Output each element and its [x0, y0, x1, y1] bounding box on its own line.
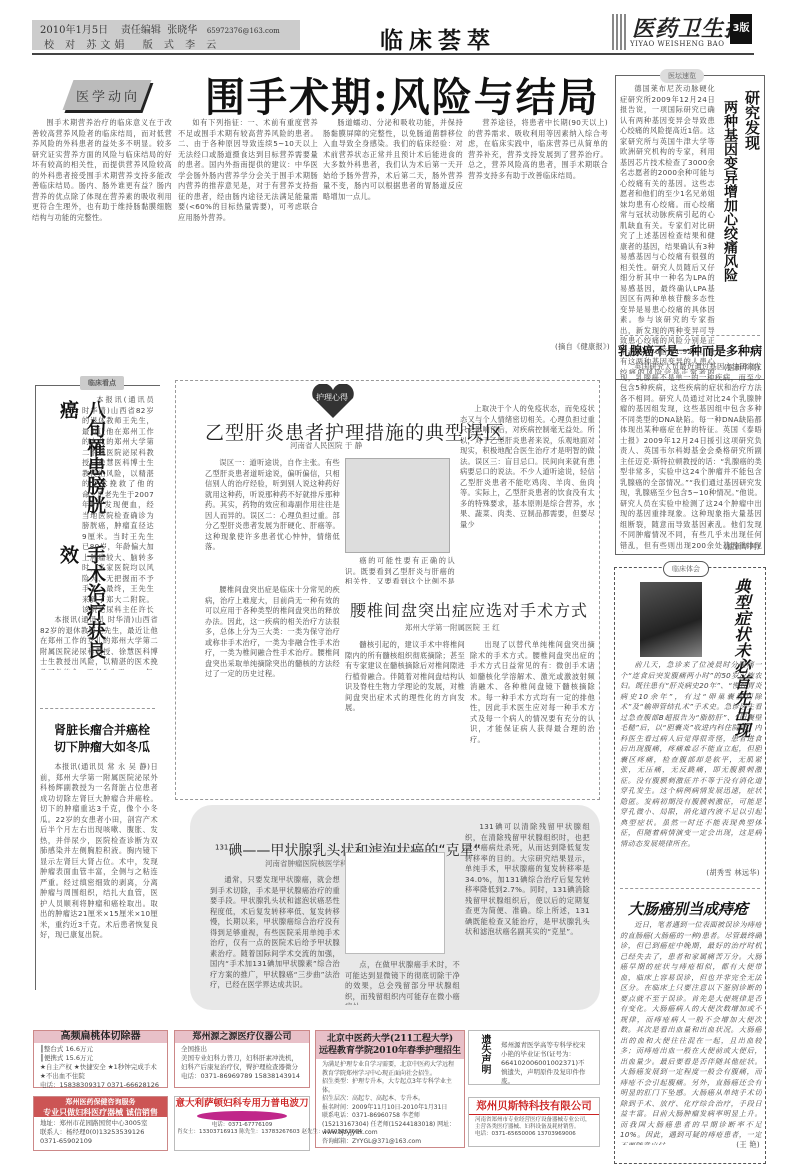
ad-line: 咨询邮箱：ZYYGL@371@163.com	[322, 1138, 458, 1147]
lost-notice-title: 遗失声明	[477, 1034, 492, 1074]
proofreader-name: 苏文娟	[86, 40, 128, 51]
ad-best-tech-body: 河南省郑州市专业经营医疗设备器械专业公司，主营各类医疗器械、妇科设备及耗材销售。…	[469, 1115, 599, 1140]
iodine-col-2: 点，在做甲状腺癌手术时，不可能达到显微镜下的彻底切除干净的效果，总会残留部分甲状…	[345, 960, 460, 1005]
hepatitis-col-3: 上取决于个人的免疫状态，而免疫状态又与个人情绪密切相关。心理负担过重只会影响预后…	[460, 404, 595, 584]
ad-line: 美国专业妇科力普刀，妇科肝素冲洗机，妇科产后康复治疗仪，臀护理检查器微分析仪，全…	[181, 1054, 303, 1072]
editor-label: 责任编辑	[121, 25, 161, 36]
ad-bucm-head: 北京中医药大学(211工程大学) 远程教育学院2010年春季护理招生	[316, 1031, 464, 1059]
ad-italian-knife-title: 意大利萨顿妇科专用力普电波刀	[175, 1097, 309, 1110]
colon-cancer-title: 大肠癌别当成痔疮	[628, 898, 748, 919]
lumbar-col-2: 髓核引起的，建议手术中将椎间隙内的所有髓核组织彻底摘除；甚至有专家建议在髓核摘除…	[345, 640, 465, 795]
section-tag: 医学动向	[76, 86, 140, 105]
kidney-title-a: 肾脏长瘤合并癌栓	[52, 722, 152, 739]
patient-photo	[640, 582, 702, 657]
ad-line: 电话：0371-86969789 15838143914	[181, 1072, 303, 1081]
ad-medical-supplies-body: 地址：郑州市花园路国贸中心3005室 联系人：杨经理0(0)1325353912…	[34, 1117, 167, 1148]
lumbar-byline: 郑州大学第一附属医院 王 红	[405, 622, 500, 633]
iodine-col-1: 通常，只要发现甲状腺癌，就会想到手术切除，手术是甲状腺癌治疗的重要手段。甲状腺乳…	[210, 875, 340, 1003]
ad-medical-supplies[interactable]: 郑州医药保健咨询服务 专业只做妇科医疗器械 诚信销售 地址：郑州市花园路国贸中心…	[33, 1096, 168, 1151]
ad-yuanzhiyuan-body: 全国推出 美国专业妇科力普刀，妇科肝素冲洗机，妇科产后康复治疗仪，臀护理检查器微…	[175, 1043, 309, 1083]
ad-tonsil-title: 高频扁桃体切除器	[34, 1031, 167, 1043]
genes-title-b: 两种基因变异增加心绞痛风险	[720, 100, 740, 340]
ad-italian-knife[interactable]: 意大利萨顿妇科专用力普电波刀 电话：0371-67776109 肖女士：1330…	[174, 1096, 310, 1151]
genes-title-a: 研究发现	[742, 90, 763, 150]
main-article-col-3: 肠道蠕动、分泌和吸收功能，并保持肠黏膜屏障的完整性，以免肠道菌群移位入血导致全身…	[323, 118, 463, 388]
bladder-body-cont: 本报讯(通讯员 时华清)山西省82岁的退休教师王先生，最近让他在郑州工作的女儿的…	[40, 615, 158, 670]
iodine-col-3: 131碘可以清除残留甲状腺组织，在清除残留甲状腺组织时，也把微小癌病灶杀死，从而…	[465, 822, 590, 1002]
lumbar-col-3: 出现了以替代单纯椎间盘突出摘除术的手术方式。腰椎间盘突出症的手术方式日益常见的有…	[470, 640, 595, 795]
ad-line: ┃便携式 15.6万元	[40, 1054, 161, 1063]
ad-line: 招生层次：高起专、高起本、专升本。	[322, 1095, 458, 1104]
ad-line: 河南省郑州市专业经营医疗设备器械专业公司，主营各类医疗器械、妇科设备及耗材销售。	[475, 1117, 593, 1131]
editor-email[interactable]: 65972376@163.com	[207, 27, 280, 35]
ad-medical-supplies-title: 郑州医药保健咨询服务	[34, 1097, 167, 1107]
ad-yuanzhiyuan-title: 郑州源之源医疗仪器公司	[175, 1031, 309, 1043]
main-article-col-2: 如有下列指征：一、术前有重度营养不足或围手术期有较高营养风险的患者。二、由于各种…	[178, 118, 318, 388]
colon-cancer-body: 近日，笔者遇到一位表面被误诊为痔疮的直肠癌(大肠癌的一种)患者。尽管最终确诊，但…	[620, 920, 762, 1145]
masthead-english: YIYAO WEISHENG BAO	[630, 40, 724, 48]
header-line-2: 校 对 苏文娟 版 式 李 云	[44, 36, 220, 51]
clinical-tag: 临床体会	[663, 561, 709, 577]
ad-line: 为满足护理专业自学习需要，北京中医药大学远程教育学院郑州学习中心现正面向社会招生…	[322, 1061, 458, 1078]
kidney-title: 肾脏长瘤合并癌栓 切下肿瘤大如冬瓜	[52, 722, 152, 756]
symptom-source: (胡秀雪 林远华)	[680, 868, 760, 879]
ad-tonsil[interactable]: 高频扁桃体切除器 ┃整台式 16.6万元 ┃便携式 15.6万元 ★自主产权 ★…	[33, 1030, 168, 1088]
ad-best-tech[interactable]: 郑州贝斯特科技有限公司 河南省郑州市专业经营医疗设备器械专业公司，主营各类医疗器…	[468, 1097, 600, 1147]
ad-tonsil-body: ┃整台式 16.6万元 ┃便携式 15.6万元 ★自主产权 ★快捷安全 ★1秒钟…	[34, 1043, 167, 1092]
kidney-body: 本报讯(通讯员 常 永 吴 静)日前，郑州大学第一附属医院泌尿外科杨辉副教授为一…	[40, 762, 158, 987]
main-article-source: (摘自《健康报》)	[540, 342, 610, 353]
header-rule	[32, 53, 754, 55]
ad-bucm-title: 北京中医药大学(211工程大学)	[316, 1033, 464, 1045]
ad-lost-notice[interactable]: 遗失声明 郑州源青医学高等专科学校宋小艳的毕业证书(证号为：6641020060…	[468, 1030, 600, 1085]
issue-date: 2010年1月5日	[40, 25, 108, 36]
hepatitis-col-2: 癌的可能性要有正确的认识。既要看到乙型肝炎与肝癌的相关性，又要看到这个比例不是很…	[345, 556, 455, 584]
ad-line: 招生类型：护理专升本，大专起点3年专科学业主体。	[322, 1078, 458, 1095]
ad-line: ★自主产权 ★快捷安全 ★1秒钟完成手术 ★不出血不住院	[40, 1063, 161, 1081]
iodine-superscript: 131	[215, 843, 228, 851]
ad-line: 电话：0371-65650006 13703969006	[475, 1131, 593, 1138]
divider	[40, 708, 155, 709]
ad-line: 地址：郑州市花园路国贸中心3005室	[40, 1119, 161, 1128]
ad-medical-supplies-subtitle: 专业只做妇科医疗器械 诚信销售	[34, 1107, 167, 1117]
header-line-1: 2010年1月5日 责任编辑 张晓华 65972376@163.com	[40, 21, 280, 36]
breast-cancer-title: 乳腺癌不是一种而是多种病	[618, 342, 762, 359]
ad-line: 联系人：杨经理0(0)13253539126 0371-65902109	[40, 1128, 161, 1146]
lumbar-col-1: 腰椎间盘突出症是临床十分常见的疾病，治疗上难度大，目前尚无一种有效的可以应用于各…	[205, 585, 340, 795]
ad-line: ┃整台式 16.6万元	[40, 1045, 161, 1054]
hepatitis-byline: 河南省人民医院 于 静	[290, 440, 362, 451]
ad-italian-knife-body: 电话：0371-67776109 肖女士：13303716913 陈先生：137…	[175, 1122, 309, 1136]
main-headline: 围手术期:风险与结局	[205, 66, 600, 123]
news-box-tag: 医坛速览	[660, 69, 704, 83]
lost-notice-body: 郑州源青医学高等专科学校宋小艳的毕业证书(证号为：664102006001002…	[495, 1039, 595, 1088]
main-article-col-4: 营养途径，将患者中长期(90天以上)的营养需求、吸收利用等因素纳入综合考虑，在临…	[468, 118, 608, 368]
divider	[620, 335, 760, 336]
ad-line: 全国推出	[181, 1045, 303, 1054]
hepatitis-col-1: 误区一：道听途说，自作主张。有些乙型肝炎患者道听途说，偏听偏信，只相信别人的治疗…	[205, 458, 340, 558]
divider	[620, 888, 760, 889]
bladder-body: 本报讯(通讯员 时华清)山西省82岁的退休教师王先生，最近让他在郑州工作的女儿的…	[82, 395, 154, 615]
liver-illustration	[345, 458, 450, 553]
doctor-cartoon-illustration	[345, 852, 445, 954]
layout-label: 版 式	[143, 40, 178, 51]
ad-best-tech-title: 郑州贝斯特科技有限公司	[469, 1098, 599, 1115]
breast-cancer-box	[615, 380, 765, 555]
lumbar-title: 腰椎间盘突出症应选对手术方式	[350, 598, 588, 621]
edition-badge: 3版	[730, 14, 752, 44]
main-article-col-1: 围手术期营养治疗的临床意义在于改善较高营养风险者的临床结局，而对低营养风险的外科…	[32, 118, 172, 310]
ad-line: 电话：0371-67776109	[177, 1122, 307, 1129]
left-tag: 临床看点	[80, 376, 124, 390]
ad-yuanzhiyuan[interactable]: 郑州源之源医疗仪器公司 全国推出 美国专业妇科力普刀，妇科肝素冲洗机，妇科产后康…	[174, 1030, 310, 1088]
ad-line: 肖女士：13303716913 陈先生：13783267603 赵先生：1360…	[177, 1129, 307, 1136]
kidney-title-b: 切下肿瘤大如冬瓜	[52, 739, 152, 756]
nursing-tag: 护理心得	[316, 392, 348, 403]
section-title: 临床荟萃	[380, 22, 496, 55]
editor-name: 张晓华	[167, 25, 197, 36]
symptom-body: 前几天，急诊来了位凌晨时分腹痛一个“连食后突发腹痛两小时”的50岁汉族农妇。既往…	[620, 660, 762, 880]
proof-label: 校 对	[44, 40, 79, 51]
genes-body: 德国莱布尼茨动脉硬化症研究所2009年12月24日报告说，一项国际研究已确认有两…	[620, 84, 715, 374]
ad-line: 电话：15838309317 0371-66628126	[40, 1081, 161, 1090]
masthead-bars-decoration	[612, 14, 626, 50]
ad-bucm-subtitle: 远程教育学院2010年春季护理招生	[316, 1045, 464, 1057]
layout-editor-name: 李 云	[185, 40, 220, 51]
colon-cancer-source: (王 艳)	[680, 1140, 760, 1151]
ad-ellipse-decoration	[197, 1111, 287, 1121]
ad-line: 报名时间：2009年11月10日-2010年1月31日	[322, 1104, 458, 1113]
